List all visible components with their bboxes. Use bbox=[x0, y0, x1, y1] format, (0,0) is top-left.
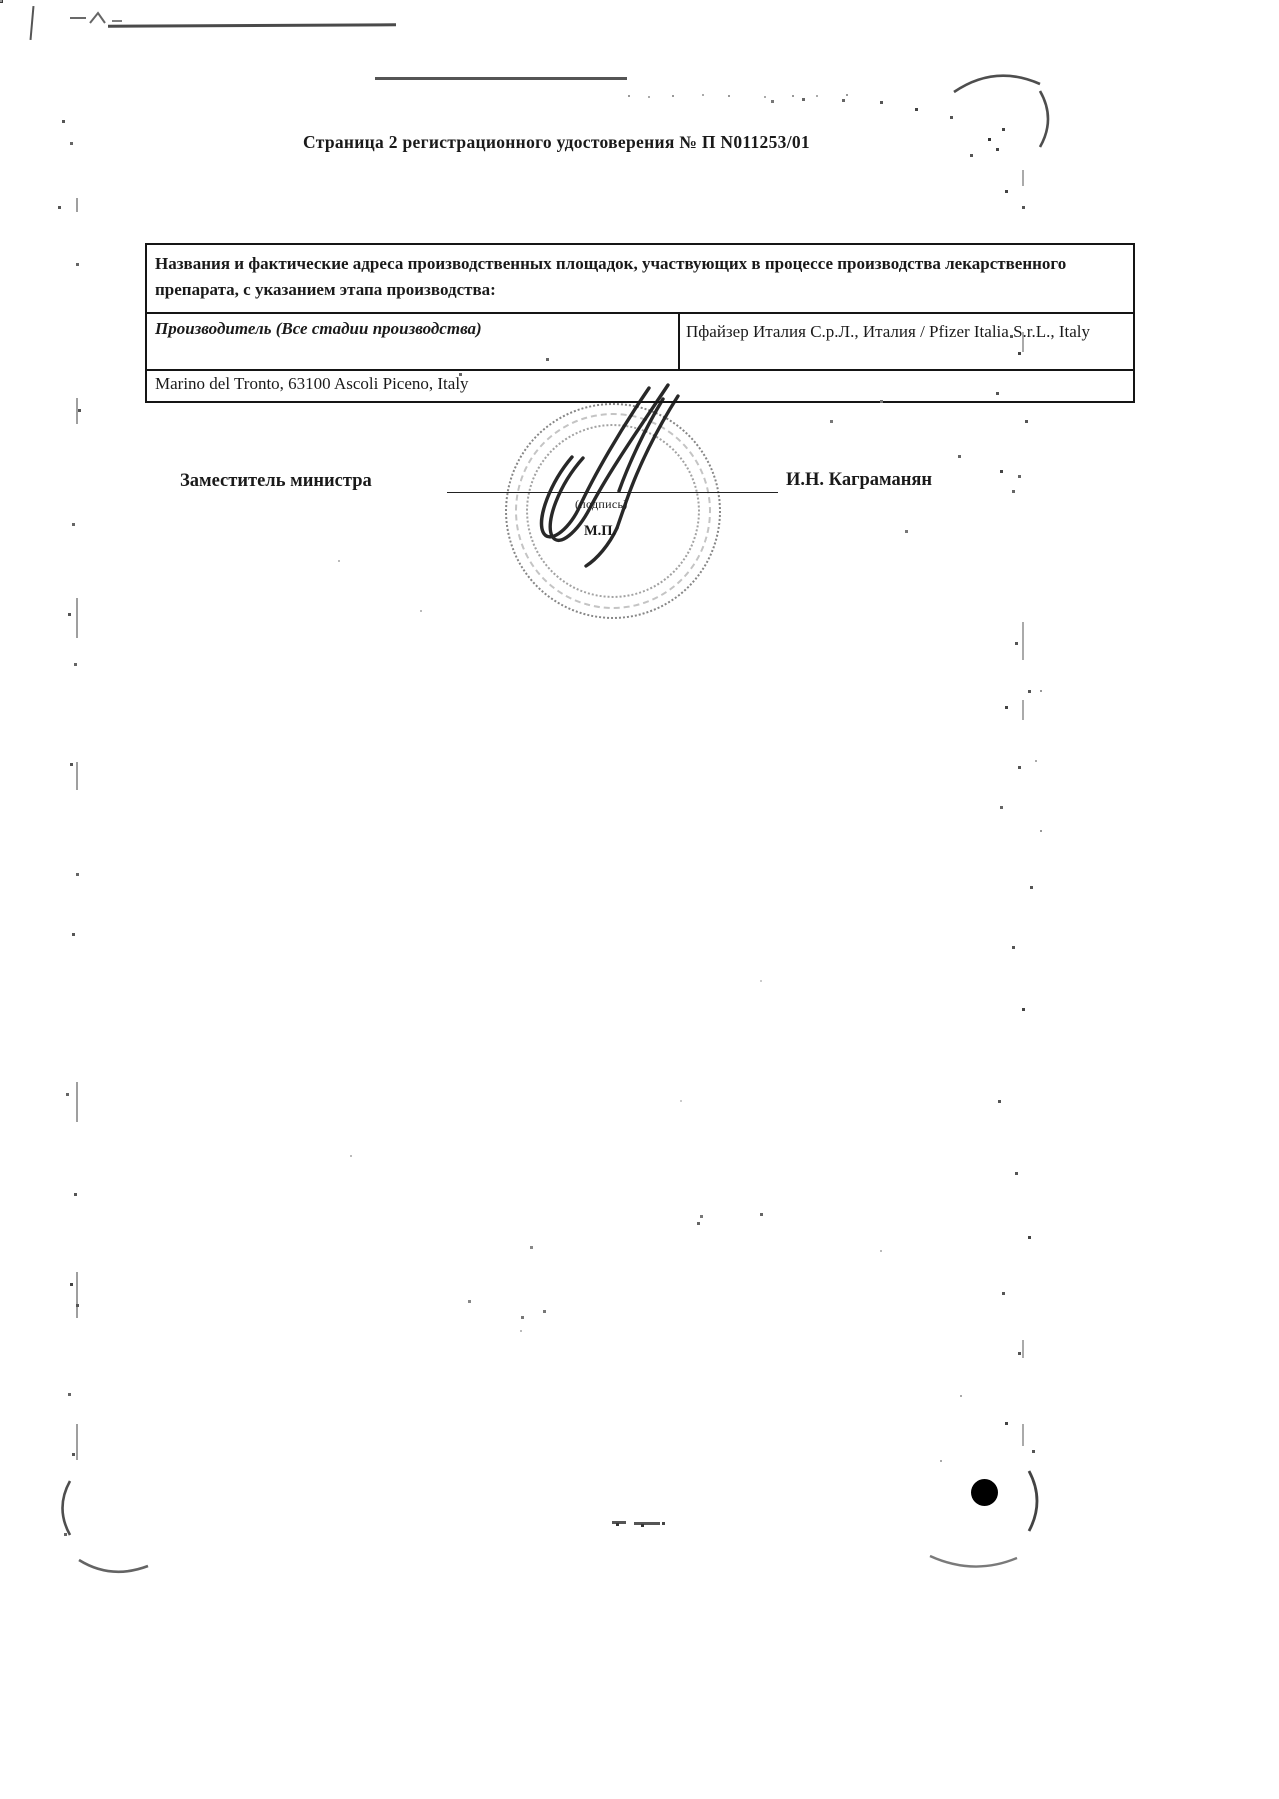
scan-left-margin-bar bbox=[76, 1272, 78, 1318]
scan-arc-top-right bbox=[950, 62, 1045, 102]
scan-top-line bbox=[108, 23, 396, 28]
scan-paren-bottom-left bbox=[52, 1478, 74, 1538]
manufacturer-label-cell: Производитель (Все стадии производства) bbox=[147, 314, 680, 369]
handwritten-signature bbox=[495, 365, 730, 580]
scan-left-margin-bar bbox=[76, 1424, 78, 1460]
scan-right-margin-bar bbox=[1022, 1340, 1024, 1358]
table-header: Названия и фактические адреса производст… bbox=[147, 245, 1133, 312]
scan-left-margin-bar bbox=[76, 598, 78, 638]
scan-curve-bottom-right bbox=[926, 1546, 1021, 1578]
scan-speck-layer-light bbox=[0, 0, 2, 2]
scanned-document-page: Страница 2 регистрационного удостоверени… bbox=[0, 0, 1279, 1799]
scan-right-margin-bar bbox=[1022, 332, 1024, 352]
signature-line bbox=[447, 492, 778, 493]
scan-left-margin-bar bbox=[76, 1082, 78, 1122]
scan-paren-top-right bbox=[1036, 88, 1058, 150]
seal-place-caption: М.П. bbox=[584, 523, 616, 540]
scan-dash-bottom-1 bbox=[612, 1521, 626, 1524]
page-title: Страница 2 регистрационного удостоверени… bbox=[303, 132, 810, 153]
scan-caret-mark bbox=[88, 10, 108, 26]
scan-paren-bottom-right bbox=[1024, 1468, 1048, 1534]
scan-right-margin-bar bbox=[1022, 1424, 1024, 1446]
scan-dash-top-left-1 bbox=[70, 17, 86, 19]
scan-right-margin-bar bbox=[1022, 700, 1024, 720]
table-row-manufacturer: Производитель (Все стадии производства) … bbox=[147, 312, 1133, 369]
scan-left-margin-bar bbox=[76, 762, 78, 790]
scan-right-margin-bar bbox=[1022, 170, 1024, 186]
scan-tick-top-left bbox=[30, 6, 35, 40]
scan-dashed-line-top-center bbox=[375, 77, 627, 80]
signer-title: Заместитель министра bbox=[180, 471, 372, 492]
scan-dash-top-left-2 bbox=[112, 20, 122, 22]
signer-name: И.Н. Каграманян bbox=[786, 470, 932, 491]
scan-left-margin-bar bbox=[76, 398, 78, 424]
scan-right-margin-bar bbox=[1022, 622, 1024, 660]
scan-dash-bottom-2 bbox=[634, 1522, 660, 1525]
scan-left-margin-bar bbox=[76, 198, 78, 212]
scan-curve-bottom-left bbox=[76, 1552, 151, 1582]
scan-black-dot bbox=[971, 1479, 998, 1506]
manufacturer-value-cell: Пфайзер Италия С.р.Л., Италия / Pfizer I… bbox=[680, 314, 1133, 369]
signature-caption: (подпись) bbox=[575, 497, 628, 512]
